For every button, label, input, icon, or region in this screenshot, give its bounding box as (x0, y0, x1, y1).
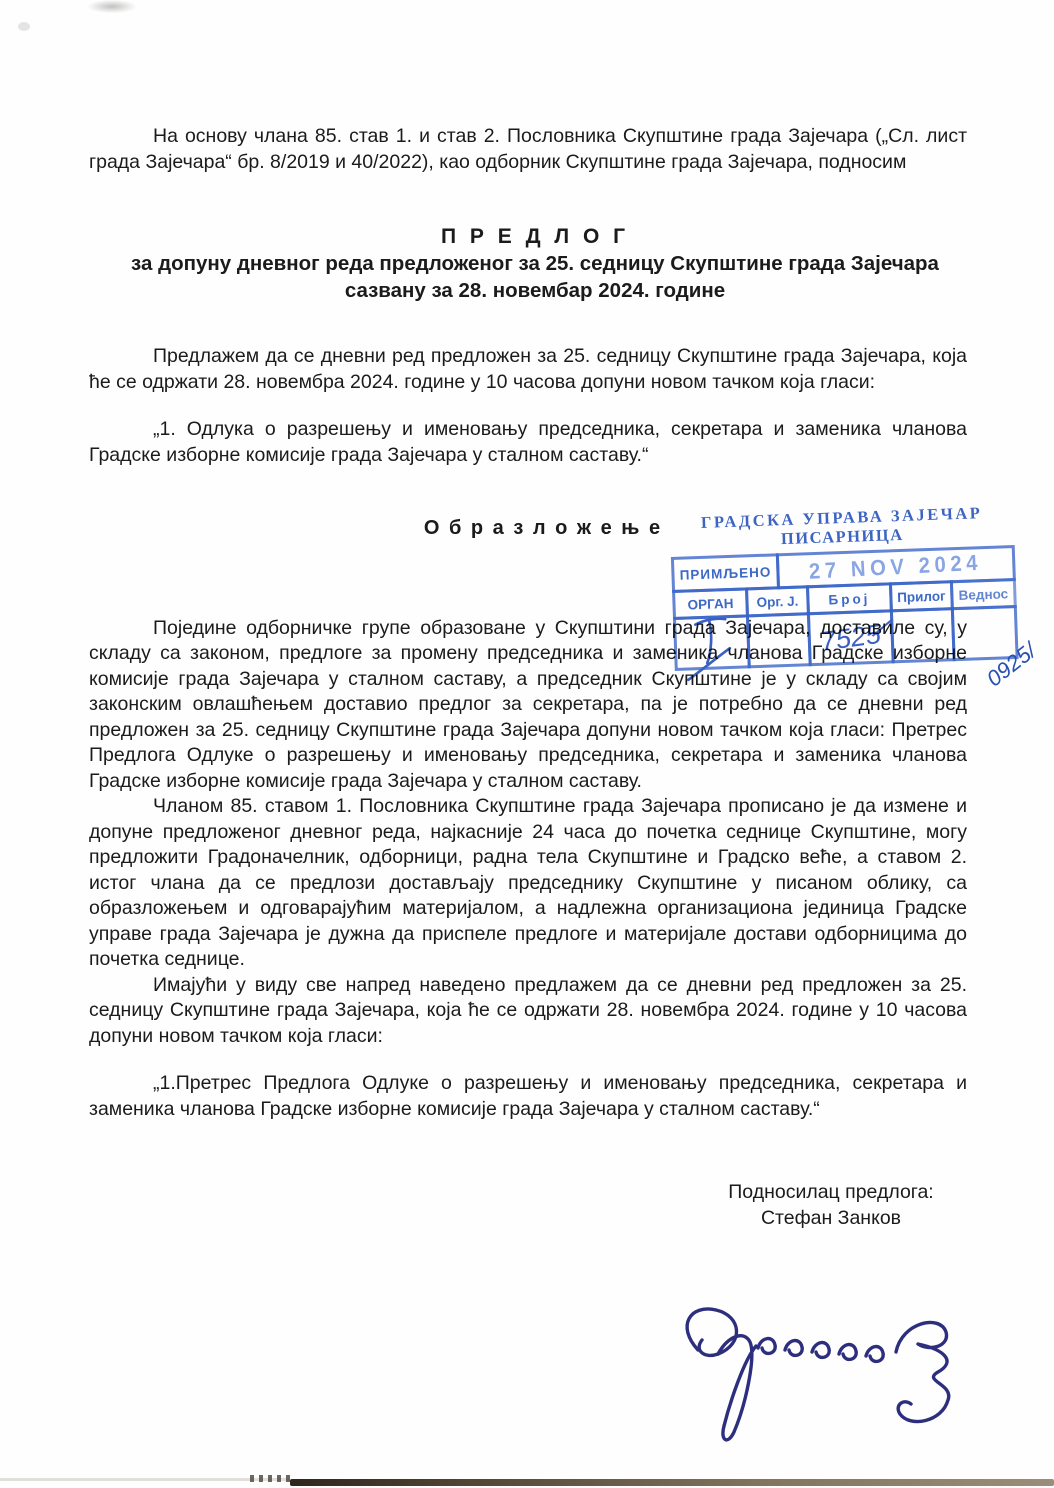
stamp-value-broj: 7525 (807, 609, 895, 666)
stamp-value-organ (673, 614, 751, 671)
scan-edge-dark (290, 1479, 1054, 1486)
stamp-col-vrednost: Веднос (950, 578, 1017, 610)
title-block: П Р Е Д Л О Г за допуну дневног реда пре… (89, 223, 967, 304)
scan-edge-light (0, 1478, 290, 1481)
handwritten-signature (650, 1292, 970, 1452)
stamp-value-org-j (746, 612, 812, 668)
signature-block: Подносилац предлога: Стефан Занков (681, 1180, 981, 1231)
agenda-item-quote: „1. Одлука о разрешењу и именовању предс… (89, 417, 967, 468)
scanned-document-page: На основу члана 85. став 1. и став 2. По… (0, 0, 1054, 1488)
scan-edge-marks (250, 1475, 290, 1482)
document-title: П Р Е Д Л О Г (103, 223, 967, 250)
registry-stamp: ГРАДСКА УПРАВА ЗАЈЕЧАР ПИСАРНИЦА ПРИМЉЕН… (669, 502, 1018, 671)
document-body: На основу члана 85. став 1. и став 2. По… (89, 124, 967, 1231)
submitter-name: Стефан Занков (681, 1206, 981, 1232)
document-subtitle-line1: за допуну дневног реда предложеног за 25… (103, 250, 967, 277)
handwritten-t-mark (681, 611, 743, 675)
handwritten-number: 7525 (819, 618, 883, 657)
proposal-paragraph: Предлажем да се дневни ред предложен за … (89, 344, 967, 395)
rationale-paragraph-3: Имајући у виду све напред наведено предл… (89, 973, 967, 1050)
scan-smudge-top-left (88, 0, 136, 13)
rationale-paragraph-2: Чланом 85. ставом 1. Пословника Скупштин… (89, 794, 967, 973)
stamp-value-prilog (890, 607, 956, 663)
stamp-table: ПРИМЉЕНО 27 NOV 2024 ОРГАН Орг. Ј. Број … (671, 545, 1019, 671)
intro-paragraph: На основу члана 85. став 1. и став 2. По… (89, 124, 967, 175)
scan-smudge-left (18, 22, 30, 31)
submitter-label: Подносилац предлога: (681, 1180, 981, 1206)
document-subtitle-line2: сазвану за 28. новембар 2024. године (103, 277, 967, 304)
final-item-quote: „1.Претрес Предлога Одлуке о разрешењу и… (89, 1071, 967, 1122)
